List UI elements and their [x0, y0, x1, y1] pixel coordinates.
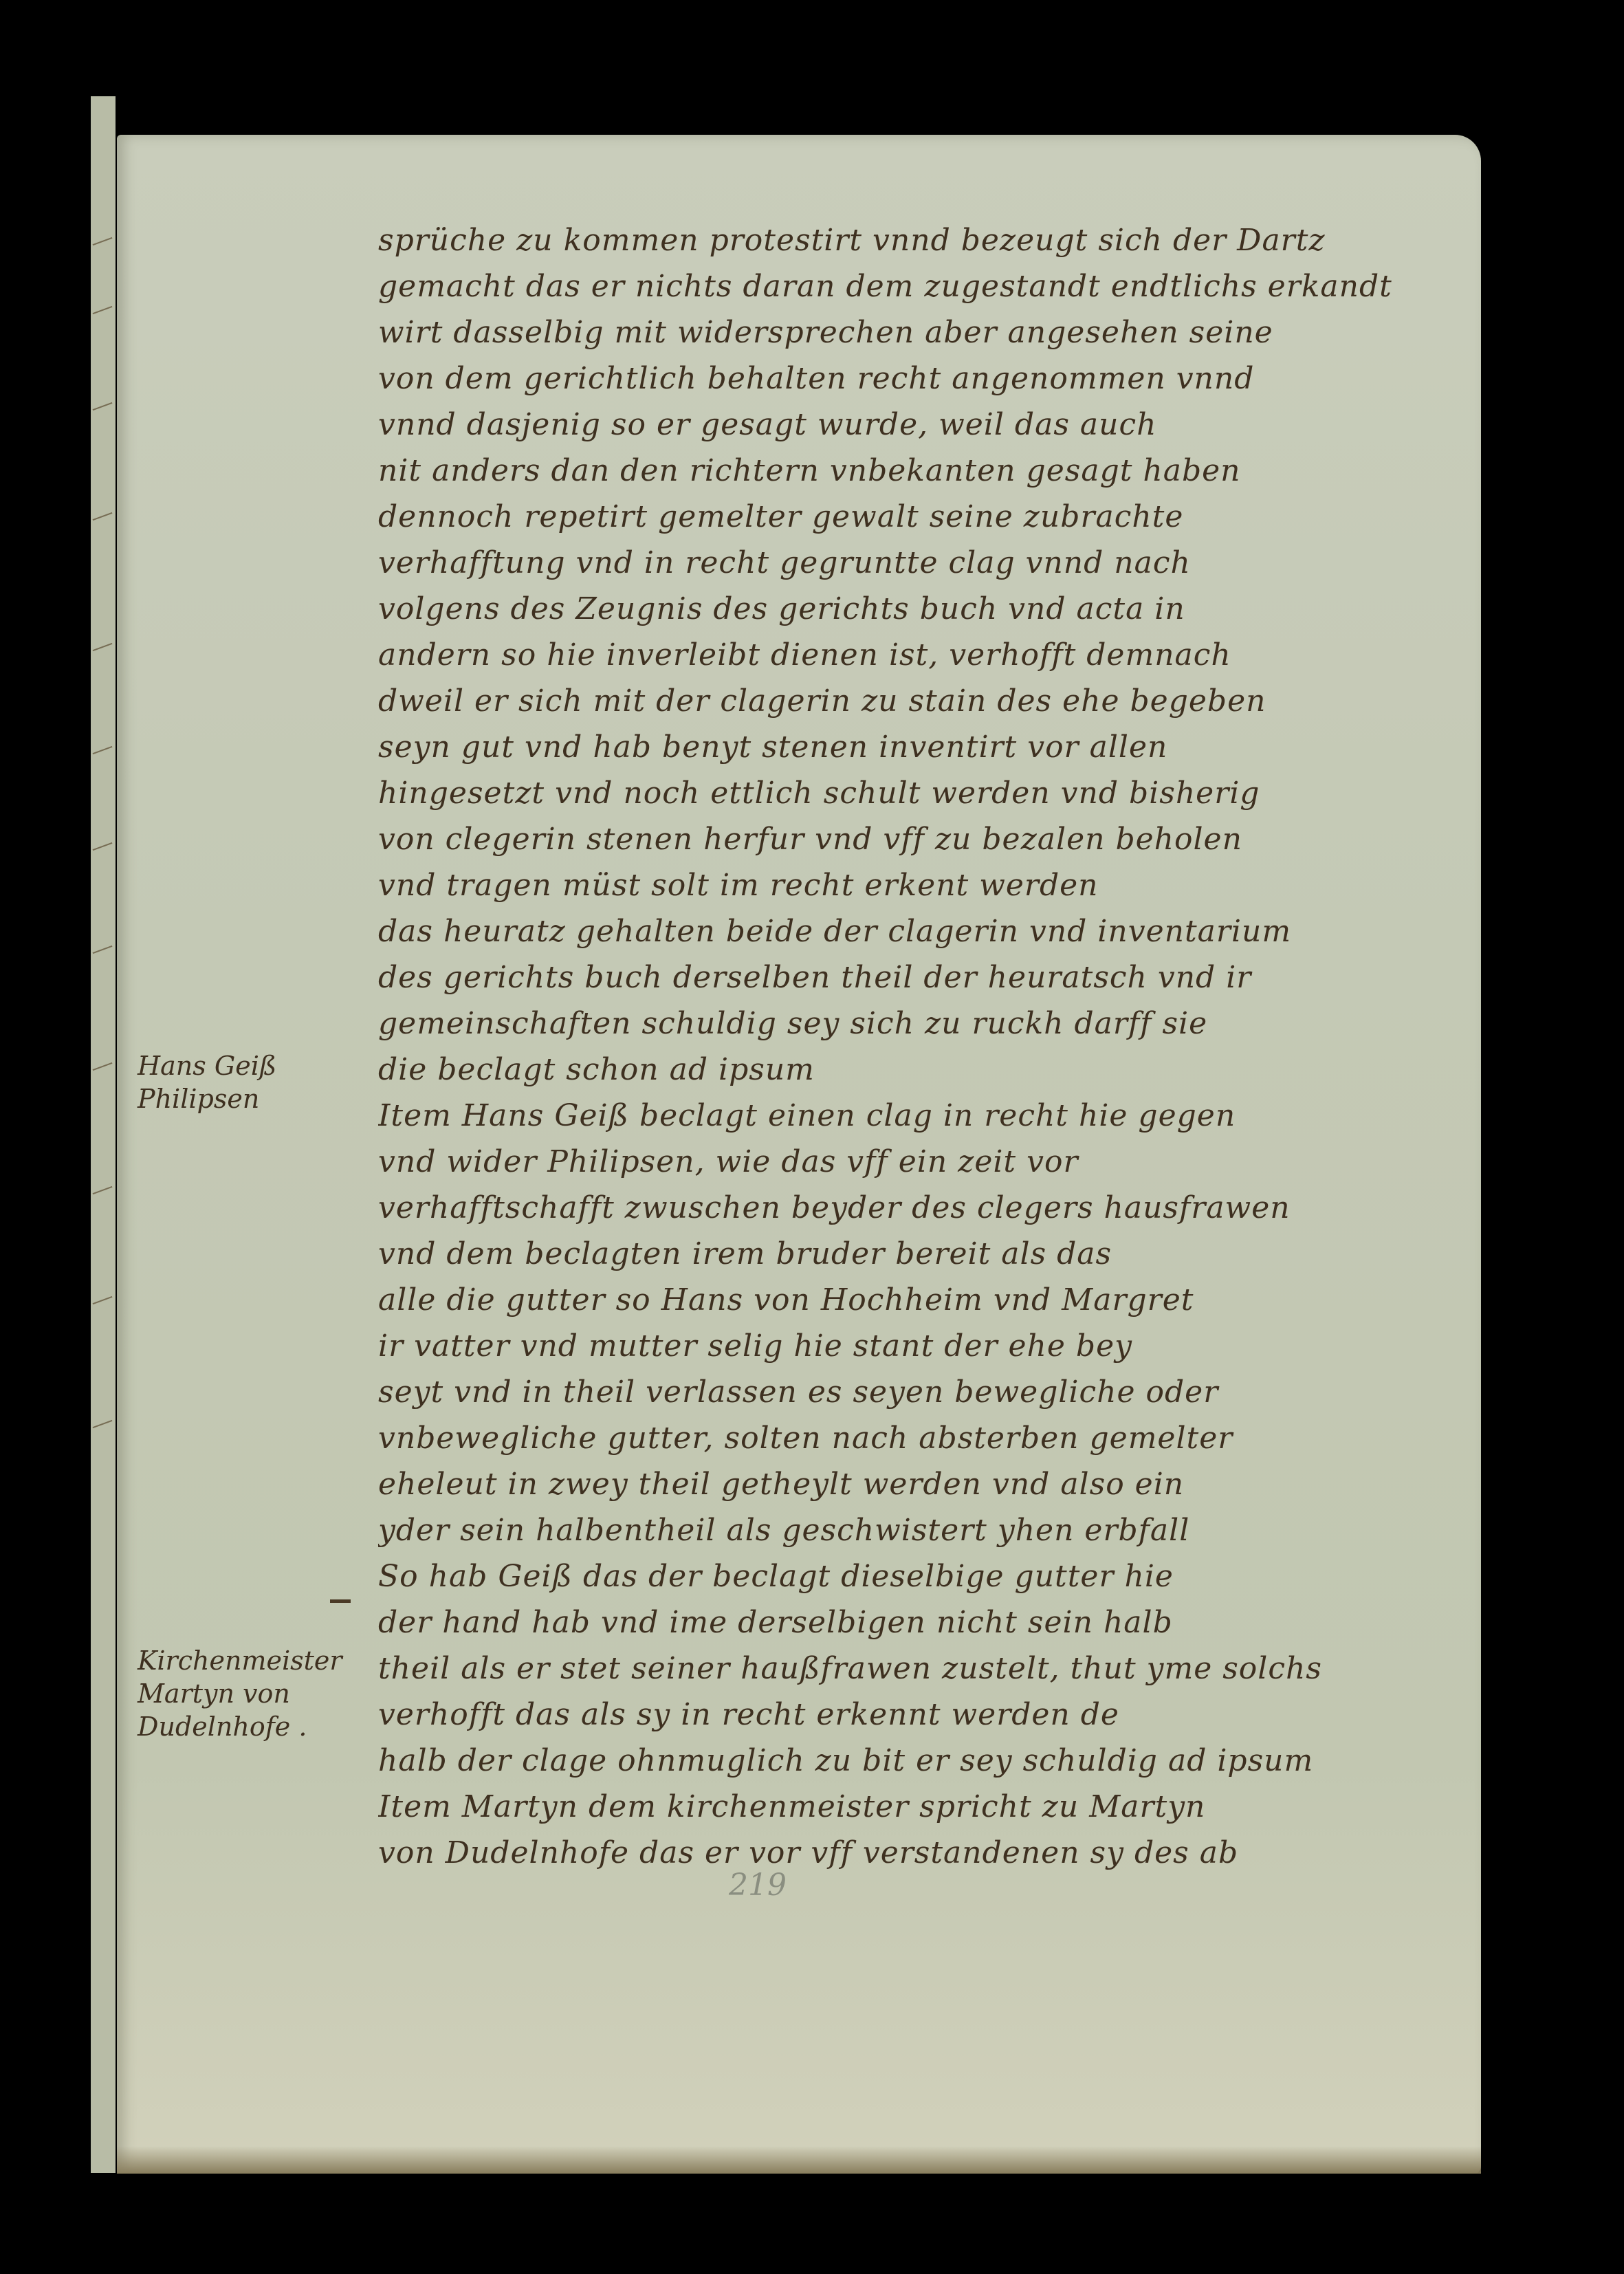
text-line: eheleut in zwey theil getheylt werden vn…	[378, 1461, 1464, 1507]
facing-page-text-fragments	[91, 227, 116, 1465]
folio-number: 219	[729, 1868, 787, 1903]
main-text-block: sprüche zu kommen protestirt vnnd bezeug…	[378, 217, 1464, 1876]
text-line: vnd wider Philipsen, wie das vff ein zei…	[378, 1139, 1464, 1185]
text-line: dennoch repetirt gemelter gewalt seine z…	[378, 494, 1464, 540]
text-line: halb der clage ohnmuglich zu bit er sey …	[378, 1738, 1464, 1784]
text-line: ir vatter vnd mutter selig hie stant der…	[378, 1323, 1464, 1369]
text-line: verhafftung vnd in recht gegruntte clag …	[378, 540, 1464, 586]
paragraph-2: Item Hans Geiß beclagt einen clag in rec…	[378, 1093, 1464, 1784]
margin-note-line: Hans Geiß	[138, 1049, 276, 1082]
text-line: das heuratz gehalten beide der clagerin …	[378, 908, 1464, 954]
text-line: yder sein halbentheil als geschwistert y…	[378, 1507, 1464, 1553]
text-line: gemacht das er nichts daran dem zugestan…	[378, 263, 1464, 309]
paragraph-1: sprüche zu kommen protestirt vnnd bezeug…	[378, 217, 1464, 1093]
margin-note-kirchenmeister: Kirchenmeister Martyn von Dudelnhofe .	[138, 1644, 342, 1743]
text-line: gemeinschaften schuldig sey sich zu ruck…	[378, 1001, 1464, 1047]
text-line: alle die gutter so Hans von Hochheim vnd…	[378, 1277, 1464, 1323]
text-line: sprüche zu kommen protestirt vnnd bezeug…	[378, 217, 1464, 263]
text-line: nit anders dan den richtern vnbekanten g…	[378, 448, 1464, 494]
text-line: von dem gerichtlich behalten recht angen…	[378, 356, 1464, 402]
manuscript-page: sprüche zu kommen protestirt vnnd bezeug…	[117, 135, 1481, 2174]
margin-note-line: Philipsen	[138, 1082, 276, 1115]
text-line: theil als er stet seiner haußfrawen zust…	[378, 1646, 1464, 1692]
text-line: vnnd dasjenig so er gesagt wurde, weil d…	[378, 402, 1464, 448]
margin-note-line: Kirchenmeister	[138, 1644, 342, 1677]
text-line: seyt vnd in theil verlassen es seyen bew…	[378, 1369, 1464, 1415]
text-line: die beclagt schon ad ipsum	[378, 1047, 1464, 1093]
paragraph-3: Item Martyn dem kirchenmeister spricht z…	[378, 1784, 1464, 1876]
text-line: verhafftschafft zwuschen beyder des cleg…	[378, 1185, 1464, 1231]
margin-note-line: Martyn von	[138, 1677, 342, 1710]
text-line: Item Hans Geiß beclagt einen clag in rec…	[378, 1093, 1464, 1139]
text-line: seyn gut vnd hab benyt stenen inventirt …	[378, 724, 1464, 770]
text-line: von clegerin stenen herfur vnd vff zu be…	[378, 816, 1464, 862]
text-line: vnd tragen müst solt im recht erkent wer…	[378, 862, 1464, 908]
margin-note-hans-geiss: Hans Geiß Philipsen	[138, 1049, 276, 1115]
margin-dash-mark	[330, 1599, 351, 1603]
text-line: Item Martyn dem kirchenmeister spricht z…	[378, 1784, 1464, 1830]
text-line: vnbewegliche gutter, solten nach absterb…	[378, 1415, 1464, 1461]
text-line: andern so hie inverleibt dienen ist, ver…	[378, 632, 1464, 678]
text-line: volgens des Zeugnis des gerichts buch vn…	[378, 586, 1464, 632]
bottom-edge-stain	[117, 2146, 1481, 2174]
text-line: vnd dem beclagten irem bruder bereit als…	[378, 1231, 1464, 1277]
text-line: des gerichts buch derselben theil der he…	[378, 954, 1464, 1001]
text-line: verhofft das als sy in recht erkennt wer…	[378, 1692, 1464, 1738]
margin-note-line: Dudelnhofe .	[138, 1710, 342, 1743]
text-line: dweil er sich mit der clagerin zu stain …	[378, 678, 1464, 724]
text-line: So hab Geiß das der beclagt dieselbige g…	[378, 1553, 1464, 1599]
text-line: wirt dasselbig mit widersprechen aber an…	[378, 309, 1464, 356]
text-line: von Dudelnhofe das er vor vff verstanden…	[378, 1830, 1464, 1876]
text-line: der hand hab vnd ime derselbigen nicht s…	[378, 1599, 1464, 1646]
text-line: hingesetzt vnd noch ettlich schult werde…	[378, 770, 1464, 816]
